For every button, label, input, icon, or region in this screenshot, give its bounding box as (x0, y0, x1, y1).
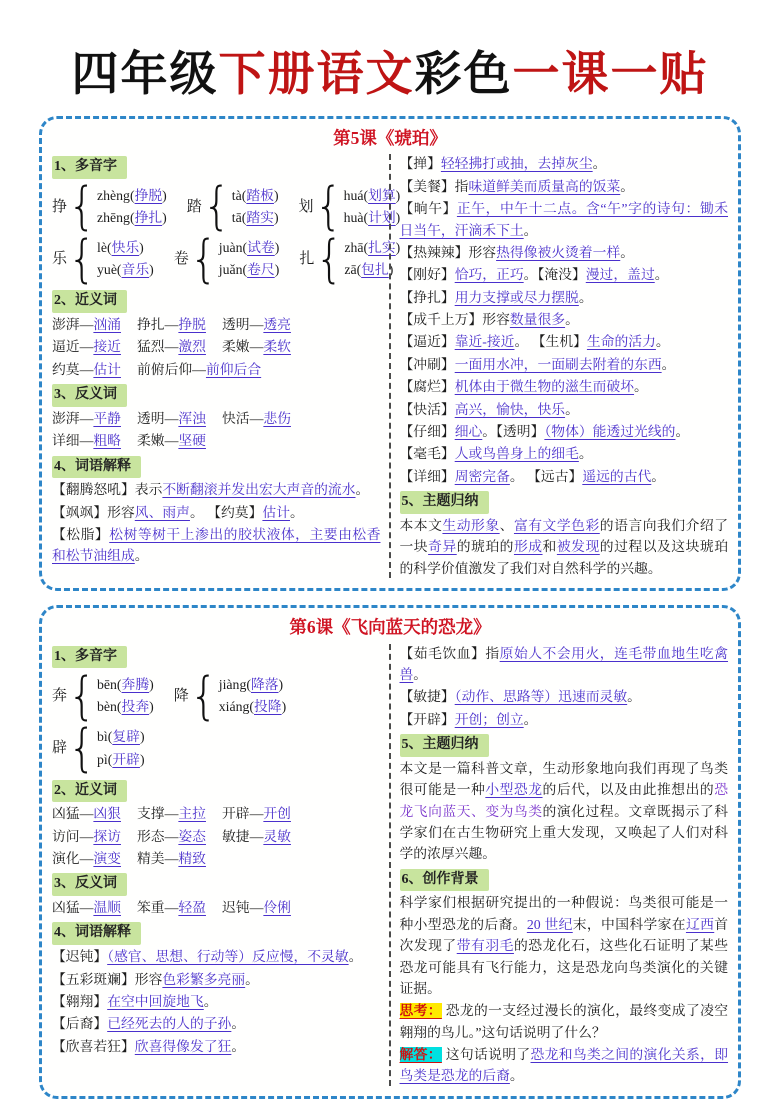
text-segment: 。 (231, 1016, 245, 1031)
text-segment: 本本文 (400, 518, 443, 533)
word-pair-row: 凶猛—温顺笨重—轻盈迟钝—伶俐 (52, 897, 381, 918)
title-segment: 彩色 (415, 49, 513, 101)
polyphone-group: 划{huá(划算)huà(计划) (299, 185, 401, 229)
text-segment: 。【透明】 (482, 424, 544, 439)
text-segment: 。 (524, 223, 538, 238)
text-segment: ) (275, 262, 280, 277)
text-segment: 快活 (222, 411, 250, 426)
text-segment: — (165, 433, 179, 448)
polyphone-group: 辟{bì(复辟)pì(开辟) (52, 726, 145, 770)
text-line: 本本文生动形象、富有文学色彩的语言向我们介绍了一块奇异的琥珀的形成和被发现的过程… (400, 515, 729, 579)
polyphone-reading: yuè(音乐) (97, 259, 154, 281)
word-pair: 透明—浑浊 (137, 408, 206, 429)
word-pair: 笨重—轻盈 (137, 897, 206, 918)
text-segment: 这句话说明了 (442, 1047, 531, 1062)
text-segment: 挣脱 (178, 317, 206, 332)
text-segment: （物体）能透过光线的 (544, 424, 675, 439)
text-line: 【仔细】细心。【透明】（物体）能透过光线的。 (400, 421, 729, 442)
text-segment: — (165, 829, 179, 844)
word-pair: 敏捷—灵敏 (222, 826, 291, 847)
text-segment: 音乐 (122, 262, 150, 277)
text-segment: 风、雨声 (135, 505, 190, 520)
text-segment: 挣扎 (135, 210, 163, 225)
polyphone-row: 辟{bì(复辟)pì(开辟) (52, 726, 381, 770)
text-segment: 【掸】 (400, 156, 441, 171)
text-segment: tà( (232, 188, 247, 203)
text-segment: 透亮 (263, 317, 291, 332)
text-segment: 【冲刷】 (400, 357, 455, 372)
text-segment: 形成 (514, 539, 543, 554)
text-segment: 。 (524, 712, 538, 727)
title-segment: 四年级 (72, 49, 219, 101)
word-pair-row: 访问—探访形态—姿态敏捷—灵敏 (52, 826, 381, 847)
word-pair: 访问—探访 (52, 826, 121, 847)
text-segment: 开辟 (222, 806, 250, 821)
word-pair: 精美—精致 (137, 848, 206, 869)
text-segment: 【晌午】 (400, 201, 457, 216)
text-segment: 。 (675, 424, 689, 439)
word-pair: 透明—透亮 (222, 314, 291, 335)
heading-label: 2、近义词 (52, 290, 127, 313)
text-segment: 不断翻滚并发出宏大声音的流水 (162, 482, 355, 497)
text-line: 【开辟】开创；创立。 (400, 709, 729, 730)
text-segment: 【成千上万】形容 (400, 312, 510, 327)
block-heading: 2、近义词 (52, 289, 381, 313)
title-segment: 下册语文 (219, 49, 415, 101)
text-segment: 精致 (178, 851, 206, 866)
text-segment: 猛烈 (137, 339, 165, 354)
text-segment: bèn( (97, 699, 122, 714)
text-segment: — (80, 851, 94, 866)
block-heading: 6、创作背景 (400, 868, 729, 892)
text-segment: 末，中国科学家在 (573, 917, 686, 932)
text-line: 【五彩斑斓】形容色彩繁多亮丽。 (52, 969, 381, 990)
block-heading: 4、词语解释 (52, 455, 381, 479)
text-line: 【后裔】已经死去的人的子孙。 (52, 1013, 381, 1034)
text-segment: 【松脂】 (52, 527, 109, 542)
text-segment: 奔腾 (122, 677, 150, 692)
text-segment: 遥远的古代 (582, 469, 651, 484)
text-segment: — (250, 806, 264, 821)
text-segment: — (80, 362, 94, 377)
text-segment: 在空中回旋地飞 (107, 994, 204, 1009)
text-line: 【逼近】靠近-接近。 【生机】生命的活力。 (400, 331, 729, 352)
text-segment: — (80, 806, 94, 821)
lesson5-right-column: 【掸】轻轻拂打或抽，去掉灰尘。【美餐】指味道鲜美而质量高的饭菜。【晌午】正午，中… (391, 152, 729, 579)
text-segment: ) (162, 188, 167, 203)
text-line: 【毫毛】人或鸟兽身上的细毛。 (400, 443, 729, 464)
text-segment: 挣脱 (135, 188, 163, 203)
lesson6-header: 第6课《飞向蓝天的恐龙》 (52, 616, 728, 639)
text-segment: 。 (510, 1068, 524, 1083)
text-segment: 【五彩斑斓】形容 (52, 972, 162, 987)
text-segment: 探访 (93, 829, 121, 844)
block-heading: 1、多音字 (52, 155, 381, 179)
text-segment: 演化 (52, 851, 80, 866)
text-segment: — (192, 362, 206, 377)
text-segment: 。 (634, 379, 648, 394)
text-segment: 被发现 (557, 539, 600, 554)
text-segment: 用力支撑或尽力摆脱 (455, 290, 579, 305)
text-segment: 。 (349, 949, 363, 964)
word-pair-row: 澎湃—汹涌挣扎—挣脱透明—透亮 (52, 314, 381, 335)
text-segment: 坚硬 (178, 433, 206, 448)
text-segment: 【腐烂】 (400, 379, 455, 394)
polyphone-character: 卷 (174, 248, 189, 271)
text-segment: juàn( (219, 240, 247, 255)
polyphone-reading: lè(快乐) (97, 237, 154, 259)
text-segment: 数量很多 (510, 312, 565, 327)
text-segment: ) (162, 210, 167, 225)
text-segment: 【欣喜若狂】 (52, 1039, 135, 1054)
heading-label: 5、主题归纳 (400, 734, 489, 757)
text-line: 【松脂】松树等树干上渗出的胶状液体，主要由松香和松节油组成。 (52, 524, 381, 567)
text-segment: 平静 (93, 411, 121, 426)
polyphone-readings: lè(快乐)yuè(音乐) (97, 237, 154, 281)
text-segment: zhā( (344, 240, 368, 255)
text-segment: zhēng( (97, 210, 135, 225)
text-segment: 。 (356, 482, 370, 497)
text-segment: bì( (97, 729, 112, 744)
text-segment: 。 【远古】 (510, 469, 582, 484)
polyphone-row: 挣{zhèng(挣脱)zhēng(挣扎)踏{tà(踏板)tā(踏实)划{huá(… (52, 185, 381, 229)
text-segment: 开辟 (112, 752, 140, 767)
text-segment: 灵敏 (263, 829, 291, 844)
text-segment: 温顺 (93, 900, 121, 915)
heading-label: 2、近义词 (52, 780, 127, 803)
word-pair: 约莫—估计 (52, 359, 121, 380)
text-segment: xiáng( (219, 699, 254, 714)
text-segment: 访问 (52, 829, 80, 844)
text-segment: 接近 (93, 339, 121, 354)
text-segment: — (80, 411, 94, 426)
text-segment: 投降 (254, 699, 282, 714)
text-segment: 凶狠 (93, 806, 121, 821)
polyphone-group: 卷{juàn(试卷)juǎn(卷尺) (174, 237, 280, 281)
polyphone-character: 降 (174, 685, 189, 708)
text-segment: 【热辣辣】形容 (400, 245, 497, 260)
heading-label: 1、多音字 (52, 646, 127, 669)
text-segment: ) (274, 188, 279, 203)
text-segment: 【快活】 (400, 402, 455, 417)
text-segment: 欣喜得像发了狂 (135, 1039, 232, 1054)
brace-glyph: { (68, 237, 96, 283)
text-segment: 凶猛 (52, 900, 80, 915)
word-pair: 演化—演变 (52, 848, 121, 869)
text-segment: 试卷 (247, 240, 275, 255)
text-segment: 。 (651, 469, 665, 484)
text-segment: 靠近-接近 (455, 334, 515, 349)
text-segment: — (165, 900, 179, 915)
text-segment: ) (140, 729, 145, 744)
text-segment: 前俯后仰 (137, 362, 192, 377)
text-segment: 。【淹没】 (524, 267, 586, 282)
text-segment: 凶猛 (52, 806, 80, 821)
text-segment: 小型恐龙 (485, 782, 542, 797)
text-segment: 主拉 (178, 806, 206, 821)
text-segment: 激烈 (178, 339, 206, 354)
text-segment: 柔嫩 (222, 339, 250, 354)
section-lesson5: 第5课《琥珀》 1、多音字挣{zhèng(挣脱)zhēng(挣扎)踏{tà(踏板… (39, 116, 741, 591)
text-segment: 生动形象 (442, 518, 499, 533)
text-segment: — (165, 851, 179, 866)
text-segment: 。 (656, 334, 670, 349)
word-pair: 形态—姿态 (137, 826, 206, 847)
block-heading: 1、多音字 (52, 645, 381, 669)
text-segment: 估计 (93, 362, 121, 377)
text-segment: 挣扎 (137, 317, 165, 332)
title-segment: 一课一贴 (513, 49, 709, 101)
text-segment: 色彩繁多亮丽 (162, 972, 245, 987)
word-pair-row: 凶猛—凶狠支撑—主拉开辟—开创 (52, 803, 381, 824)
polyphone-group: 挣{zhèng(挣脱)zhēng(挣扎) (52, 185, 167, 229)
text-segment: 柔软 (263, 339, 291, 354)
text-segment: ) (149, 677, 154, 692)
heading-label: 6、创作背景 (400, 869, 489, 892)
text-segment: 思考： (400, 1003, 442, 1018)
text-segment: 。 【约莫】 (190, 505, 262, 520)
text-segment: 踏实 (246, 210, 274, 225)
text-segment: 人或鸟兽身上的细毛 (455, 446, 579, 461)
block-heading: 3、反义词 (52, 383, 381, 407)
section-lesson6: 第6课《飞向蓝天的恐龙》 1、多音字奔{bēn(奔腾)bèn(投奔)降{jiàn… (39, 605, 741, 1099)
polyphone-character: 踏 (187, 196, 202, 219)
text-segment: — (250, 900, 264, 915)
polyphone-reading: tà(踏板) (232, 185, 279, 207)
text-segment: 。 (413, 667, 427, 682)
text-segment: 带有羽毛 (457, 938, 514, 953)
polyphone-character: 扎 (299, 248, 314, 271)
word-pair-row: 澎湃—平静透明—浑浊快活—悲伤 (52, 408, 381, 429)
text-segment: 包扎 (361, 262, 389, 277)
word-pair: 前俯后仰—前仰后合 (137, 359, 261, 380)
text-segment: 透明 (137, 411, 165, 426)
text-line: 科学家们根据研究提出的一种假说：鸟类很可能是一种小型恐龙的后裔。20 世纪末，中… (400, 892, 729, 999)
text-segment: 。 (579, 446, 593, 461)
text-segment: tā( (232, 210, 247, 225)
word-pair-row: 逼近—接近猛烈—激烈柔嫩—柔软 (52, 336, 381, 357)
text-segment: 恐龙的一支经过漫长的演化，最终变成了凌空翱翔的鸟儿。”这句话说明了什么？ (400, 1003, 729, 1039)
text-segment: zā( (344, 262, 361, 277)
word-pair-row: 详细—粗略柔嫩—坚硬 (52, 430, 381, 451)
text-segment: 。 (290, 505, 304, 520)
text-segment: 【后裔】 (52, 1016, 107, 1031)
polyphone-reading: bì(复辟) (97, 726, 145, 748)
polyphone-character: 乐 (52, 248, 67, 271)
text-segment: 笨重 (137, 900, 165, 915)
text-segment: 估计 (262, 505, 290, 520)
text-segment: — (80, 433, 94, 448)
text-segment: 轻轻拂打或抽，去掉灰尘 (441, 156, 593, 171)
text-segment: 机体由于微生物的滋生而破坏 (455, 379, 634, 394)
text-segment: 已经死去的人的子孙 (107, 1016, 231, 1031)
text-segment: 。 (565, 402, 579, 417)
text-line: 思考： 恐龙的一支经过漫长的演化，最终变成了凌空翱翔的鸟儿。”这句话说明了什么？ (400, 1000, 729, 1043)
text-segment: 开创；创立 (455, 712, 524, 727)
text-line: 【冲刷】一面用水冲，一面刷去附着的东西。 (400, 354, 729, 375)
word-pair: 柔嫩—柔软 (222, 336, 291, 357)
text-segment: 轻盈 (178, 900, 206, 915)
polyphone-readings: bì(复辟)pì(开辟) (97, 726, 145, 770)
text-segment: 形态 (137, 829, 165, 844)
text-segment: 。 (204, 994, 218, 1009)
text-segment: 一面用水冲，一面刷去附着的东西 (455, 357, 662, 372)
text-segment: — (80, 339, 94, 354)
text-segment: 漫过，盖过 (586, 267, 655, 282)
text-segment: 【茹毛饮血】指 (400, 646, 500, 661)
text-segment: 悲伤 (263, 411, 291, 426)
worksheet-page: 四年级下册语文彩色一课一贴 第5课《琥珀》 1、多音字挣{zhèng(挣脱)zh… (0, 0, 780, 1103)
text-segment: 逼近 (52, 339, 80, 354)
brace-glyph: { (315, 237, 343, 283)
text-segment: jiàng( (219, 677, 251, 692)
brace-glyph: { (315, 184, 343, 230)
polyphone-reading: zhèng(挣脱) (97, 185, 167, 207)
polyphone-readings: zhèng(挣脱)zhēng(挣扎) (97, 185, 167, 229)
text-segment: bēn( (97, 677, 122, 692)
text-segment: 高兴，愉快，快乐 (455, 402, 565, 417)
text-segment: 细心 (455, 424, 483, 439)
text-segment: 的后代，以及由此推想出的 (543, 782, 715, 797)
word-pair: 挣扎—挣脱 (137, 314, 206, 335)
text-segment: （感官、思想、行动等）反应慢，不灵敏 (107, 949, 348, 964)
text-line: 【掸】轻轻拂打或抽，去掉灰尘。 (400, 153, 729, 174)
text-line: 【翻腾怒吼】表示不断翻滚并发出宏大声音的流水。 (52, 479, 381, 500)
text-segment: 详细 (52, 433, 80, 448)
text-segment: — (80, 317, 94, 332)
text-segment: 恰巧，正巧 (455, 267, 524, 282)
text-segment: 奇异 (428, 539, 457, 554)
lesson6-columns: 1、多音字奔{bēn(奔腾)bèn(投奔)降{jiàng(降落)xiáng(投降… (52, 642, 728, 1088)
heading-label: 5、主题归纳 (400, 491, 489, 514)
polyphone-character: 奔 (52, 685, 67, 708)
polyphone-character: 辟 (52, 737, 67, 760)
text-segment: 。 (662, 357, 676, 372)
text-segment: yuè( (97, 262, 122, 277)
polyphone-reading: bēn(奔腾) (97, 674, 154, 696)
text-segment: 粗略 (93, 433, 121, 448)
text-segment: ) (275, 240, 280, 255)
block-heading: 5、主题归纳 (400, 733, 729, 757)
heading-label: 3、反义词 (52, 873, 127, 896)
text-segment: 【详细】 (400, 469, 455, 484)
text-line: 【茹毛饮血】指原始人不会用火，连毛带血地生吃禽兽。 (400, 643, 729, 686)
polyphone-character: 划 (299, 196, 314, 219)
polyphone-row: 乐{lè(快乐)yuè(音乐)卷{juàn(试卷)juǎn(卷尺)扎{zhā(扎… (52, 237, 381, 281)
text-segment: — (165, 317, 179, 332)
polyphone-character: 挣 (52, 196, 67, 219)
text-segment: 踏板 (246, 188, 274, 203)
polyphone-readings: juàn(试卷)juǎn(卷尺) (219, 237, 280, 281)
polyphone-row: 奔{bēn(奔腾)bèn(投奔)降{jiàng(降落)xiáng(投降) (52, 674, 381, 718)
text-segment: 伶俐 (263, 900, 291, 915)
polyphone-group: 扎{zhā(扎实)zā(包扎) (299, 237, 400, 281)
text-segment: — (250, 317, 264, 332)
word-pair: 凶猛—凶狠 (52, 803, 121, 824)
text-segment: 。 (627, 689, 641, 704)
polyphone-reading: juǎn(卷尺) (219, 259, 280, 281)
text-segment: 柔嫩 (137, 433, 165, 448)
text-segment: ) (274, 210, 279, 225)
text-segment: 、 (500, 518, 514, 533)
word-pair: 澎湃—汹涌 (52, 314, 121, 335)
text-segment: 。 (245, 972, 259, 987)
text-line: 【敏捷】（动作、思路等）迅速而灵敏。 (400, 686, 729, 707)
text-segment: — (250, 339, 264, 354)
heading-label: 1、多音字 (52, 156, 127, 179)
text-segment: 。 (565, 312, 579, 327)
text-segment: — (165, 339, 179, 354)
text-segment: ) (139, 240, 144, 255)
text-segment: 澎湃 (52, 317, 80, 332)
text-segment: 投奔 (122, 699, 150, 714)
text-line: 【刚好】恰巧，正巧。【淹没】漫过，盖过。 (400, 264, 729, 285)
text-segment: 支撑 (137, 806, 165, 821)
text-line: 解答： 这句话说明了恐龙和鸟类之间的演化关系，即鸟类是恐龙的后裔。 (400, 1044, 729, 1087)
text-segment: 解答： (400, 1047, 442, 1062)
polyphone-reading: tā(踏实) (232, 207, 279, 229)
text-segment: 味道鲜美而质量高的饭菜 (468, 179, 620, 194)
text-segment: 【开辟】 (400, 712, 455, 727)
text-segment: 【挣扎】 (400, 290, 455, 305)
polyphone-reading: zhēng(挣扎) (97, 207, 167, 229)
heading-label: 4、词语解释 (52, 456, 141, 479)
word-pair-row: 约莫—估计前俯后仰—前仰后合 (52, 359, 381, 380)
text-line: 【腐烂】机体由于微生物的滋生而破坏。 (400, 376, 729, 397)
polyphone-readings: jiàng(降落)xiáng(投降) (219, 674, 286, 718)
text-segment: 【敏捷】 (400, 689, 455, 704)
text-segment: 生命的活力 (587, 334, 656, 349)
text-segment: 的琥珀的 (457, 539, 514, 554)
block-heading: 4、词语解释 (52, 921, 381, 945)
text-segment: huà( (344, 210, 369, 225)
text-segment: ) (149, 699, 154, 714)
polyphone-readings: bēn(奔腾)bèn(投奔) (97, 674, 154, 718)
text-segment: pì( (97, 752, 112, 767)
text-segment: 热得像被火烫着一样 (496, 245, 620, 260)
text-segment: 。 (620, 179, 634, 194)
polyphone-group: 踏{tà(踏板)tā(踏实) (187, 185, 279, 229)
text-segment: — (80, 900, 94, 915)
text-segment: 透明 (222, 317, 250, 332)
text-segment: 汹涌 (93, 317, 121, 332)
block-heading: 2、近义词 (52, 779, 381, 803)
text-segment: 开创 (263, 806, 291, 821)
text-line: 【欣喜若狂】欣喜得像发了狂。 (52, 1036, 381, 1057)
text-segment: 精美 (137, 851, 165, 866)
brace-glyph: { (190, 237, 218, 283)
word-pair: 逼近—接近 (52, 336, 121, 357)
word-pair: 支撑—主拉 (137, 803, 206, 824)
text-segment: — (165, 411, 179, 426)
text-segment: 周密完备 (455, 469, 510, 484)
text-line: 【挣扎】用力支撑或尽力摆脱。 (400, 287, 729, 308)
text-segment: 【美餐】指 (400, 179, 469, 194)
text-line: 【翱翔】在空中回旋地飞。 (52, 991, 381, 1012)
text-segment: 浑浊 (178, 411, 206, 426)
text-segment: 和 (543, 539, 557, 554)
heading-label: 4、词语解释 (52, 922, 141, 945)
brace-glyph: { (68, 184, 96, 230)
word-pair: 迟钝—伶俐 (222, 897, 291, 918)
text-segment: — (250, 411, 264, 426)
text-segment: juǎn( (219, 262, 247, 277)
text-segment: 降落 (251, 677, 279, 692)
text-segment: 。 (579, 290, 593, 305)
text-segment: 【毫毛】 (400, 446, 455, 461)
text-line: 本文是一篇科普文章，生动形象地向我们再现了鸟类很可能是一种小型恐龙的后代，以及由… (400, 758, 729, 865)
text-segment: 。 (593, 156, 607, 171)
